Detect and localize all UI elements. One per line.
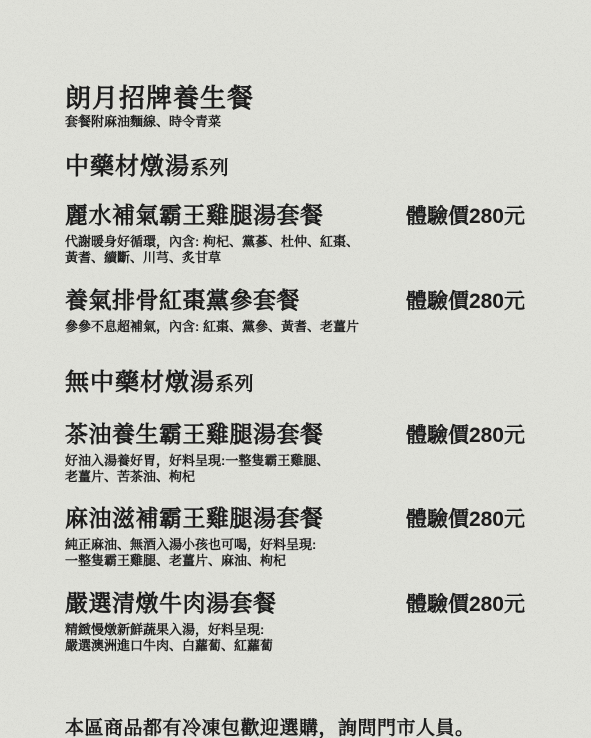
item-price: 體驗價280元 xyxy=(406,424,525,448)
item-row: 麗水補氣霸王雞腿湯套餐 體驗價280元 xyxy=(65,203,525,229)
section-heading-main: 無中藥材燉湯 xyxy=(65,369,215,396)
item-description-line: 黃耆、續斷、川芎、炙甘草 xyxy=(65,250,525,266)
item-row: 麻油滋補霸王雞腿湯套餐 體驗價280元 xyxy=(65,506,525,532)
section-heading-suffix: 系列 xyxy=(215,374,254,395)
item-description-line: 好油入湯養好胃，好料呈現:一整隻霸王雞腿、 xyxy=(65,453,525,469)
item-description-line: 參參不息超補氣，內含: 紅棗、黨參、黃耆、老薑片 xyxy=(65,319,525,335)
menu-item-tea-oil-chicken-soup: 茶油養生霸王雞腿湯套餐 體驗價280元 好油入湯養好胃，好料呈現:一整隻霸王雞腿… xyxy=(65,422,525,485)
item-description-line: 老薑片、苦茶油、枸杞 xyxy=(65,469,525,485)
menu-page: 朗月招牌養生餐 套餐附麻油麵線、時令青菜 中藥材燉湯系列 麗水補氣霸王雞腿湯套餐… xyxy=(0,0,591,738)
menu-content: 朗月招牌養生餐 套餐附麻油麵線、時令青菜 中藥材燉湯系列 麗水補氣霸王雞腿湯套餐… xyxy=(0,0,591,738)
item-description: 參參不息超補氣，內含: 紅棗、黨參、黃耆、老薑片 xyxy=(65,319,525,335)
item-description-line: 精緻慢燉新鮮蔬果入湯，好料呈現: xyxy=(65,622,525,638)
menu-item-sesame-oil-chicken-soup: 麻油滋補霸王雞腿湯套餐 體驗價280元 純正麻油、無酒入湯小孩也可喝，好料呈現:… xyxy=(65,506,525,569)
item-description: 好油入湯養好胃，好料呈現:一整隻霸王雞腿、 老薑片、苦茶油、枸杞 xyxy=(65,453,525,485)
item-row: 養氣排骨紅棗黨參套餐 體驗價280元 xyxy=(65,288,525,314)
item-price: 體驗價280元 xyxy=(406,593,525,617)
item-name: 嚴選清燉牛肉湯套餐 xyxy=(65,591,277,615)
item-name: 麗水補氣霸王雞腿湯套餐 xyxy=(65,203,324,227)
item-price: 體驗價280元 xyxy=(406,508,525,532)
item-price: 體驗價280元 xyxy=(406,290,525,314)
footer-note: 本區商品都有冷凍包歡迎選購，詢問門市人員。 xyxy=(65,718,525,738)
item-name: 養氣排骨紅棗黨參套餐 xyxy=(65,288,300,312)
section-heading-non-herbal-soup: 無中藥材燉湯系列 xyxy=(65,370,525,398)
item-description-line: 嚴選澳洲進口牛肉、白蘿蔔、紅蘿蔔 xyxy=(65,638,525,654)
section-heading-herbal-soup: 中藥材燉湯系列 xyxy=(65,154,525,182)
item-description-line: 代謝暖身好循環，內含: 枸杞、黨蔘、杜仲、紅棗、 xyxy=(65,234,525,250)
item-description: 代謝暖身好循環，內含: 枸杞、黨蔘、杜仲、紅棗、 黃耆、續斷、川芎、炙甘草 xyxy=(65,234,525,266)
item-row: 嚴選清燉牛肉湯套餐 體驗價280元 xyxy=(65,591,525,617)
menu-item-liquor-chicken-soup: 麗水補氣霸王雞腿湯套餐 體驗價280元 代謝暖身好循環，內含: 枸杞、黨蔘、杜仲… xyxy=(65,203,525,266)
item-description: 精緻慢燉新鮮蔬果入湯，好料呈現: 嚴選澳洲進口牛肉、白蘿蔔、紅蘿蔔 xyxy=(65,622,525,654)
item-description-line: 一整隻霸王雞腿、老薑片、麻油、枸杞 xyxy=(65,553,525,569)
item-row: 茶油養生霸王雞腿湯套餐 體驗價280元 xyxy=(65,422,525,448)
section-heading-main: 中藥材燉湯 xyxy=(65,153,190,180)
item-description-line: 純正麻油、無酒入湯小孩也可喝，好料呈現: xyxy=(65,537,525,553)
item-name: 茶油養生霸王雞腿湯套餐 xyxy=(65,422,324,446)
item-description: 純正麻油、無酒入湯小孩也可喝，好料呈現: 一整隻霸王雞腿、老薑片、麻油、枸杞 xyxy=(65,537,525,569)
item-price: 體驗價280元 xyxy=(406,205,525,229)
page-title: 朗月招牌養生餐 xyxy=(65,84,525,112)
menu-item-beef-clear-soup: 嚴選清燉牛肉湯套餐 體驗價280元 精緻慢燉新鮮蔬果入湯，好料呈現: 嚴選澳洲進… xyxy=(65,591,525,654)
page-subtitle: 套餐附麻油麵線、時令青菜 xyxy=(65,115,525,129)
menu-item-pork-rib-red-date-soup: 養氣排骨紅棗黨參套餐 體驗價280元 參參不息超補氣，內含: 紅棗、黨參、黃耆、… xyxy=(65,288,525,335)
item-name: 麻油滋補霸王雞腿湯套餐 xyxy=(65,506,324,530)
section-heading-suffix: 系列 xyxy=(190,158,229,179)
